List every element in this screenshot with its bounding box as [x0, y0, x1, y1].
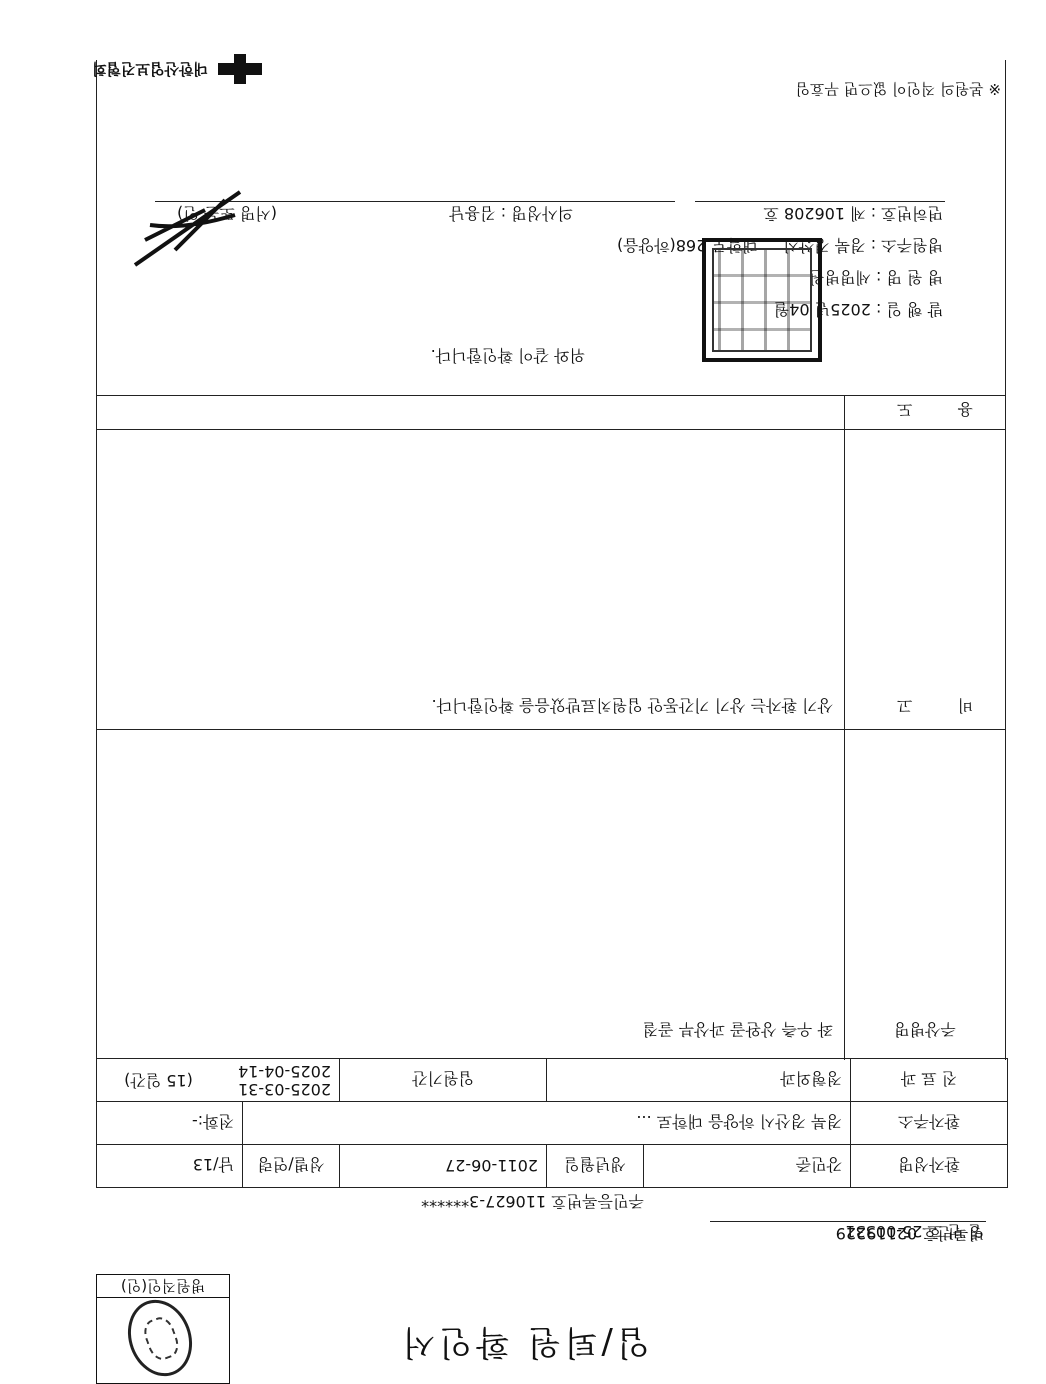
serial-number: 연 번 호 25-00331	[845, 1221, 984, 1244]
resident-number: 주민등록번호 110627-3******	[421, 1191, 644, 1214]
doctor-name: 의사성명 : 김용남	[449, 203, 573, 226]
remarks-value: 상기 환자는 상기 기간동안 입원치료받았음을 확인합니다.	[432, 695, 833, 718]
table-row: 진 료 과 정형외과 입원기간 2025-03-31 2025-04-14 (1…	[97, 1059, 1008, 1102]
seal-caption: 병원직인(인)	[97, 1275, 229, 1298]
signature-icon	[125, 190, 245, 270]
patient-name-label: 환자성명	[851, 1145, 1008, 1188]
document-title: 입/퇴원 확인서	[374, 1321, 674, 1370]
divider	[695, 201, 945, 202]
remarks-label-cell: 비 고	[844, 430, 1005, 730]
dept-value: 정형외과	[547, 1059, 851, 1102]
birth-value: 2011-06-27	[340, 1145, 547, 1188]
license-number: 면허번호 : 제 106208 호	[763, 203, 943, 226]
content-area: 주상병명 좌 우측 상완골 과상부 골절 비 고 상기 환자는 상기 기간동안 …	[96, 60, 1006, 1060]
phone: 전화:-	[97, 1102, 243, 1145]
table-row: 환자주소 경북 경산시 하양읍 대학로 ... 전화:-	[97, 1102, 1008, 1145]
diagnosis-value: 좌 우측 상완골 과상부 골절	[643, 1019, 833, 1042]
patient-name-value: 강민준	[644, 1145, 851, 1188]
diagnosis-label-cell: 주상병명	[844, 730, 1005, 1060]
logo: 대한산업보건협회	[50, 48, 270, 88]
hospital-name: 병 원 명 : 세명병원	[809, 267, 943, 290]
round-seal-icon	[118, 1291, 203, 1384]
logo-text: 대한산업보건협회	[92, 59, 208, 80]
divider	[97, 395, 1005, 396]
document-page: 입/퇴원 확인서 병원직인(인) 병록번호 02119229 연 번 호 25-…	[0, 0, 1046, 1384]
period-label: 입원기간	[340, 1059, 547, 1102]
patient-info-table: 환자성명 강민준 생년월일 2011-06-27 성별/연령 남/13 환자주소…	[96, 1058, 1008, 1188]
address-label: 환자주소	[851, 1102, 1008, 1145]
period-value: 2025-03-31 2025-04-14 (15 일간)	[97, 1059, 340, 1102]
address-value: 경북 경산시 하양읍 대학로 ...	[243, 1102, 851, 1145]
birth-label: 생년월일	[547, 1145, 644, 1188]
cross-logo-icon	[218, 54, 262, 84]
footer-note: ※ 본원의 직인이 없으면 무효임	[795, 79, 1005, 100]
confirmation-text: 위와 같이 확인합니다.	[431, 345, 585, 368]
dept-label: 진 료 과	[851, 1059, 1008, 1102]
table-row: 환자성명 강민준 생년월일 2011-06-27 성별/연령 남/13	[97, 1145, 1008, 1188]
hospital-square-seal	[702, 238, 822, 362]
hospital-seal-box: 병원직인(인)	[96, 1274, 230, 1384]
purpose-label-cell: 용 도	[844, 396, 1005, 430]
sex-age-label: 성별/연령	[243, 1145, 340, 1188]
sex-age-value: 남/13	[97, 1145, 243, 1188]
